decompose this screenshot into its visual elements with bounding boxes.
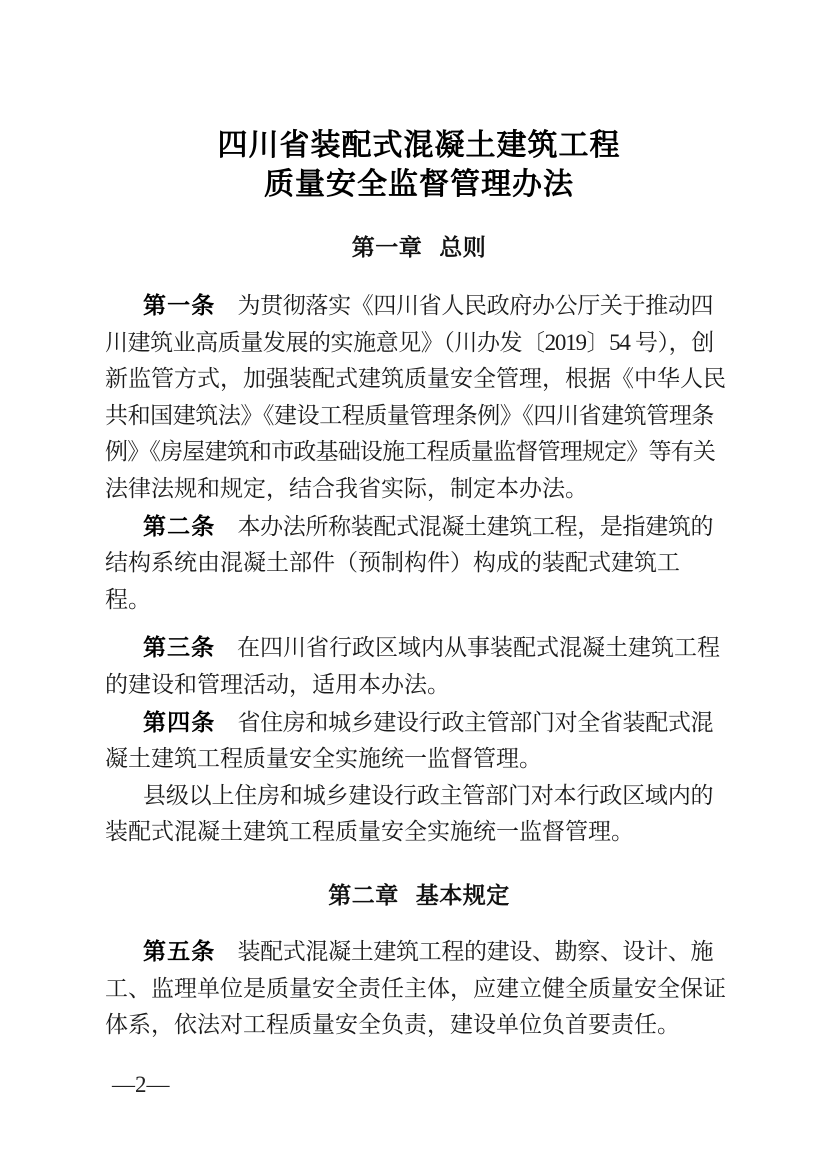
article-4b-line-1: 县级以上住房和城乡建设行政主管部门对本行政区域内的 (105, 778, 713, 815)
article-2: 第二条本办法所称装配式混凝土建筑工程，是指建筑的 结构系统由混凝土部件（预制构件… (105, 508, 713, 619)
article-5-line-2: 工、监理单位是质量安全责任主体，应建立健全质量安全保证 (105, 971, 713, 1008)
article-4-line-2: 凝土建筑工程质量安全实施统一监督管理。 (105, 741, 713, 778)
article-4-line-1: 省住房和城乡建设行政主管部门对全省装配式混 (237, 710, 713, 735)
article-5-line-1: 装配式混凝土建筑工程的建设、勘察、设计、施 (237, 939, 713, 964)
article-3-line-1: 在四川省行政区域内从事装配式混凝土建筑工程 (237, 635, 720, 660)
title-line-2: 质量安全监督管理办法 (125, 165, 713, 204)
article-2-line-2: 结构系统由混凝土部件（预制构件）构成的装配式建筑工程。 (105, 545, 713, 618)
document-body: 第一条为贯彻落实《四川省人民政府办公厅关于推动四 川建筑业高质量发展的实施意见》… (105, 287, 713, 1044)
article-5: 第五条装配式混凝土建筑工程的建设、勘察、设计、施 工、监理单位是质量安全责任主体… (105, 933, 713, 1044)
document-page: 四川省装配式混凝土建筑工程 质量安全监督管理办法 第一章总则 第一条为贯彻落实《… (0, 0, 826, 1169)
text-line: 第五条装配式混凝土建筑工程的建设、勘察、设计、施 (105, 933, 713, 971)
article-4-paragraph-2: 县级以上住房和城乡建设行政主管部门对本行政区域内的 装配式混凝土建筑工程质量安全… (105, 778, 713, 851)
article-1-label: 第一条 (143, 292, 215, 318)
text-line: 第一条为贯彻落实《四川省人民政府办公厅关于推动四 (105, 287, 713, 325)
chapter-2-name: 基本规定 (416, 882, 510, 908)
article-3-line-2: 的建设和管理活动，适用本办法。 (105, 667, 713, 704)
text-line: 第四条省住房和城乡建设行政主管部门对全省装配式混 (105, 704, 713, 742)
chapter-1-heading: 第一章总则 (105, 232, 713, 262)
chapter-2-number: 第二章 (328, 882, 399, 908)
article-1-line-1: 为贯彻落实《四川省人民政府办公厅关于推动四 (237, 293, 713, 318)
article-4b-line-2: 装配式混凝土建筑工程质量安全实施统一监督管理。 (105, 814, 713, 851)
article-3: 第三条在四川省行政区域内从事装配式混凝土建筑工程 的建设和管理活动，适用本办法。 (105, 629, 713, 703)
article-1: 第一条为贯彻落实《四川省人民政府办公厅关于推动四 川建筑业高质量发展的实施意见》… (105, 287, 713, 508)
title-line-1: 四川省装配式混凝土建筑工程 (125, 126, 713, 165)
article-2-label: 第二条 (143, 513, 215, 539)
article-1-line-2: 川建筑业高质量发展的实施意见》（川办发〔2019〕54 号），创 (105, 325, 713, 362)
chapter-2-heading: 第二章基本规定 (105, 880, 713, 910)
page-number: —2— (112, 1072, 170, 1098)
article-1-line-3: 新监管方式，加强装配式建筑质量安全管理，根据《中华人民 (105, 361, 713, 398)
article-4: 第四条省住房和城乡建设行政主管部门对全省装配式混 凝土建筑工程质量安全实施统一监… (105, 704, 713, 778)
text-line: 第三条在四川省行政区域内从事装配式混凝土建筑工程 (105, 629, 713, 667)
chapter-1-number: 第一章 (352, 234, 423, 260)
chapter-1-name: 总则 (439, 234, 486, 260)
document-title: 四川省装配式混凝土建筑工程 质量安全监督管理办法 (105, 126, 713, 204)
article-2-line-1: 本办法所称装配式混凝土建筑工程，是指建筑的 (237, 514, 713, 539)
article-3-label: 第三条 (143, 634, 215, 660)
article-1-line-6: 法律法规和规定，结合我省实际，制定本办法。 (105, 471, 713, 508)
article-1-line-5: 例》《房屋建筑和市政基础设施工程质量监督管理规定》等有关 (105, 434, 713, 471)
article-5-line-3: 体系，依法对工程质量安全负责，建设单位负首要责任。 (105, 1007, 713, 1044)
article-5-label: 第五条 (143, 938, 215, 964)
article-4-label: 第四条 (143, 709, 215, 735)
text-line: 第二条本办法所称装配式混凝土建筑工程，是指建筑的 (105, 508, 713, 546)
article-1-line-4: 共和国建筑法》《建设工程质量管理条例》《四川省建筑管理条 (105, 398, 713, 435)
